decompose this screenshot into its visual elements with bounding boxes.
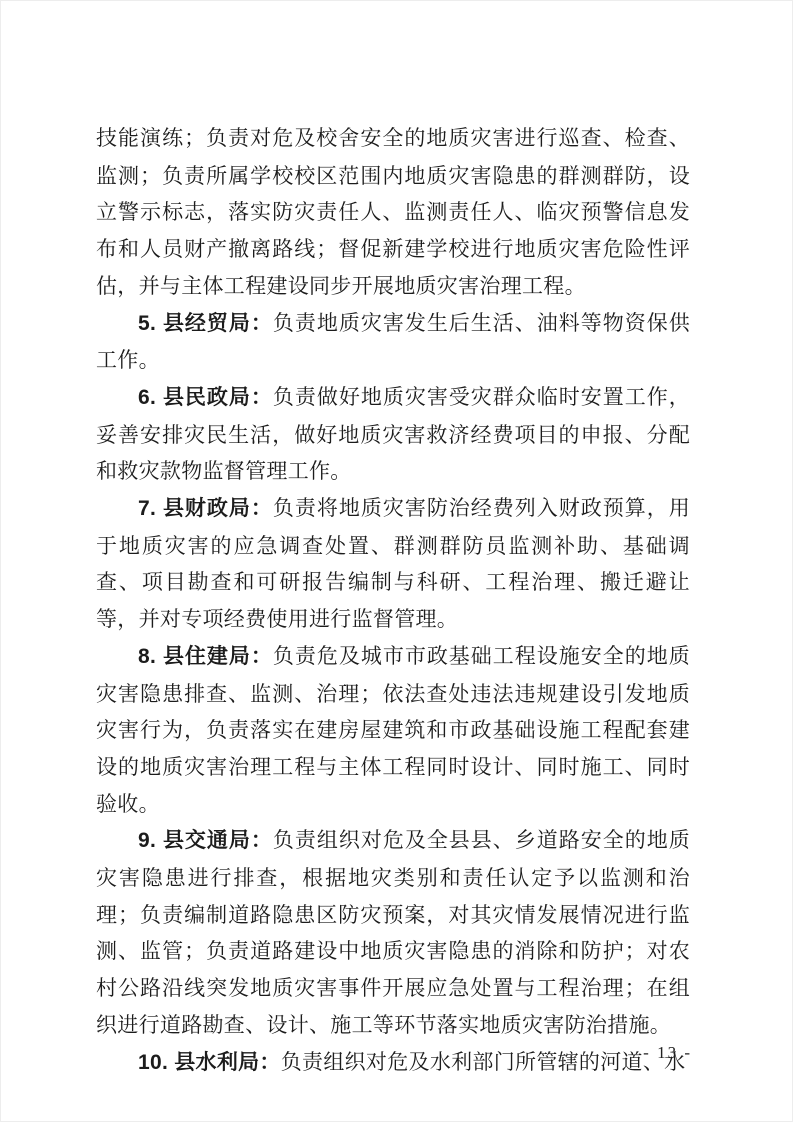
paragraph: 10. 县水利局：负责组织对危及水利部门所管辖的河道、水 xyxy=(96,1044,690,1082)
paragraph-lead: 7. 县财政局： xyxy=(138,497,273,520)
paragraph: 8. 县住建局：负责危及城市市政基础工程设施安全的地质灾害隐患排查、监测、治理；… xyxy=(96,638,690,823)
paragraph: 9. 县交通局：负责组织对危及全县县、乡道路安全的地质灾害隐患进行排查，根据地灾… xyxy=(96,822,690,1043)
paragraph: 7. 县财政局：负责将地质灾害防治经费列入财政预算，用于地质灾害的应急调查处置、… xyxy=(96,490,690,638)
paragraph: 技能演练；负责对危及校舍安全的地质灾害进行巡查、检查、监测；负责所属学校校区范围… xyxy=(96,120,690,305)
paragraph-text: 负责组织对危及水利部门所管辖的河道、水 xyxy=(281,1050,686,1074)
page-number: - 13 - xyxy=(643,1043,692,1063)
paragraph-lead: 10. 县水利局： xyxy=(138,1051,281,1074)
paragraph: 6. 县民政局：负责做好地质灾害受灾群众临时安置工作，妥善安排灾民生活，做好地质… xyxy=(96,379,690,490)
paragraph-text: 负责组织对危及全县县、乡道路安全的地质灾害隐患进行排查，根据地灾类别和责任认定予… xyxy=(96,828,690,1037)
paragraph-lead: 9. 县交通局： xyxy=(138,829,273,852)
paragraph: 5. 县经贸局：负责地质灾害发生后生活、油料等物资保供工作。 xyxy=(96,305,690,379)
paragraph-text: 技能演练；负责对危及校舍安全的地质灾害进行巡查、检查、监测；负责所属学校校区范围… xyxy=(96,126,690,298)
paragraph-lead: 6. 县民政局： xyxy=(138,386,273,409)
document-page: 技能演练；负责对危及校舍安全的地质灾害进行巡查、检查、监测；负责所属学校校区范围… xyxy=(0,0,793,1122)
paragraph-lead: 5. 县经贸局： xyxy=(138,312,273,335)
paragraph-text: 负责危及城市市政基础工程设施安全的地质灾害隐患排查、监测、治理；依法查处违法违规… xyxy=(96,644,690,816)
paragraph-lead: 8. 县住建局： xyxy=(138,645,273,668)
document-body: 技能演练；负责对危及校舍安全的地质灾害进行巡查、检查、监测；负责所属学校校区范围… xyxy=(96,120,690,1081)
